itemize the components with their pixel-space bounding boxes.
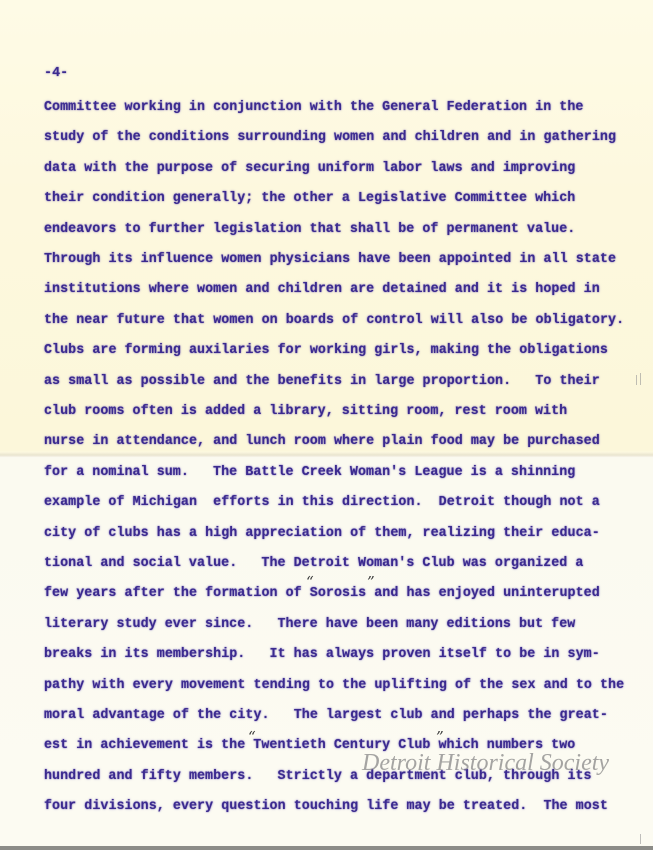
text-line: four divisions, every question touching … [44,799,608,814]
handwritten-close-quote-sorosis: ” [367,573,375,591]
text-line: breaks in its membership. It has always … [44,647,600,662]
text-line: club rooms often is added a library, sit… [44,404,567,419]
margin-mark [640,373,641,385]
text-line: their condition generally; the other a L… [44,191,575,206]
page-bottom-edge [0,846,653,850]
text-line: nurse in attendance, and lunch room wher… [44,434,600,449]
handwritten-close-quote-twentieth: ” [436,728,444,746]
paper-fold [0,452,653,458]
page-number: -4- [44,66,68,81]
text-line: pathy with every movement tending to the… [44,678,624,693]
text-line: few years after the formation of Sorosis… [44,586,600,601]
text-line: institutions where women and children ar… [44,282,600,297]
text-line: Through its influence women physicians h… [44,252,616,267]
handwritten-open-quote-sorosis: “ [306,573,314,591]
text-line: city of clubs has a high appreciation of… [44,526,600,541]
text-line: as small as possible and the benefits in… [44,374,600,389]
text-line: endeavors to further legislation that sh… [44,222,575,237]
handwritten-open-quote-twentieth: “ [248,728,256,746]
text-line: Clubs are forming auxilaries for working… [44,343,608,358]
text-line: moral advantage of the city. The largest… [44,708,608,723]
text-line: tional and social value. The Detroit Wom… [44,556,583,571]
text-line: example of Michigan efforts in this dire… [44,495,600,510]
text-line: data with the purpose of securing unifor… [44,161,575,176]
text-line: for a nominal sum. The Battle Creek Woma… [44,465,575,480]
margin-mark [640,834,641,844]
watermark: Detroit Historical Society [362,750,609,777]
text-line: literary study ever since. There have be… [44,617,575,632]
text-line: the near future that women on boards of … [44,313,624,328]
margin-mark [636,375,637,385]
text-line: Committee working in conjunction with th… [44,100,583,115]
text-line: study of the conditions surrounding wome… [44,130,616,145]
